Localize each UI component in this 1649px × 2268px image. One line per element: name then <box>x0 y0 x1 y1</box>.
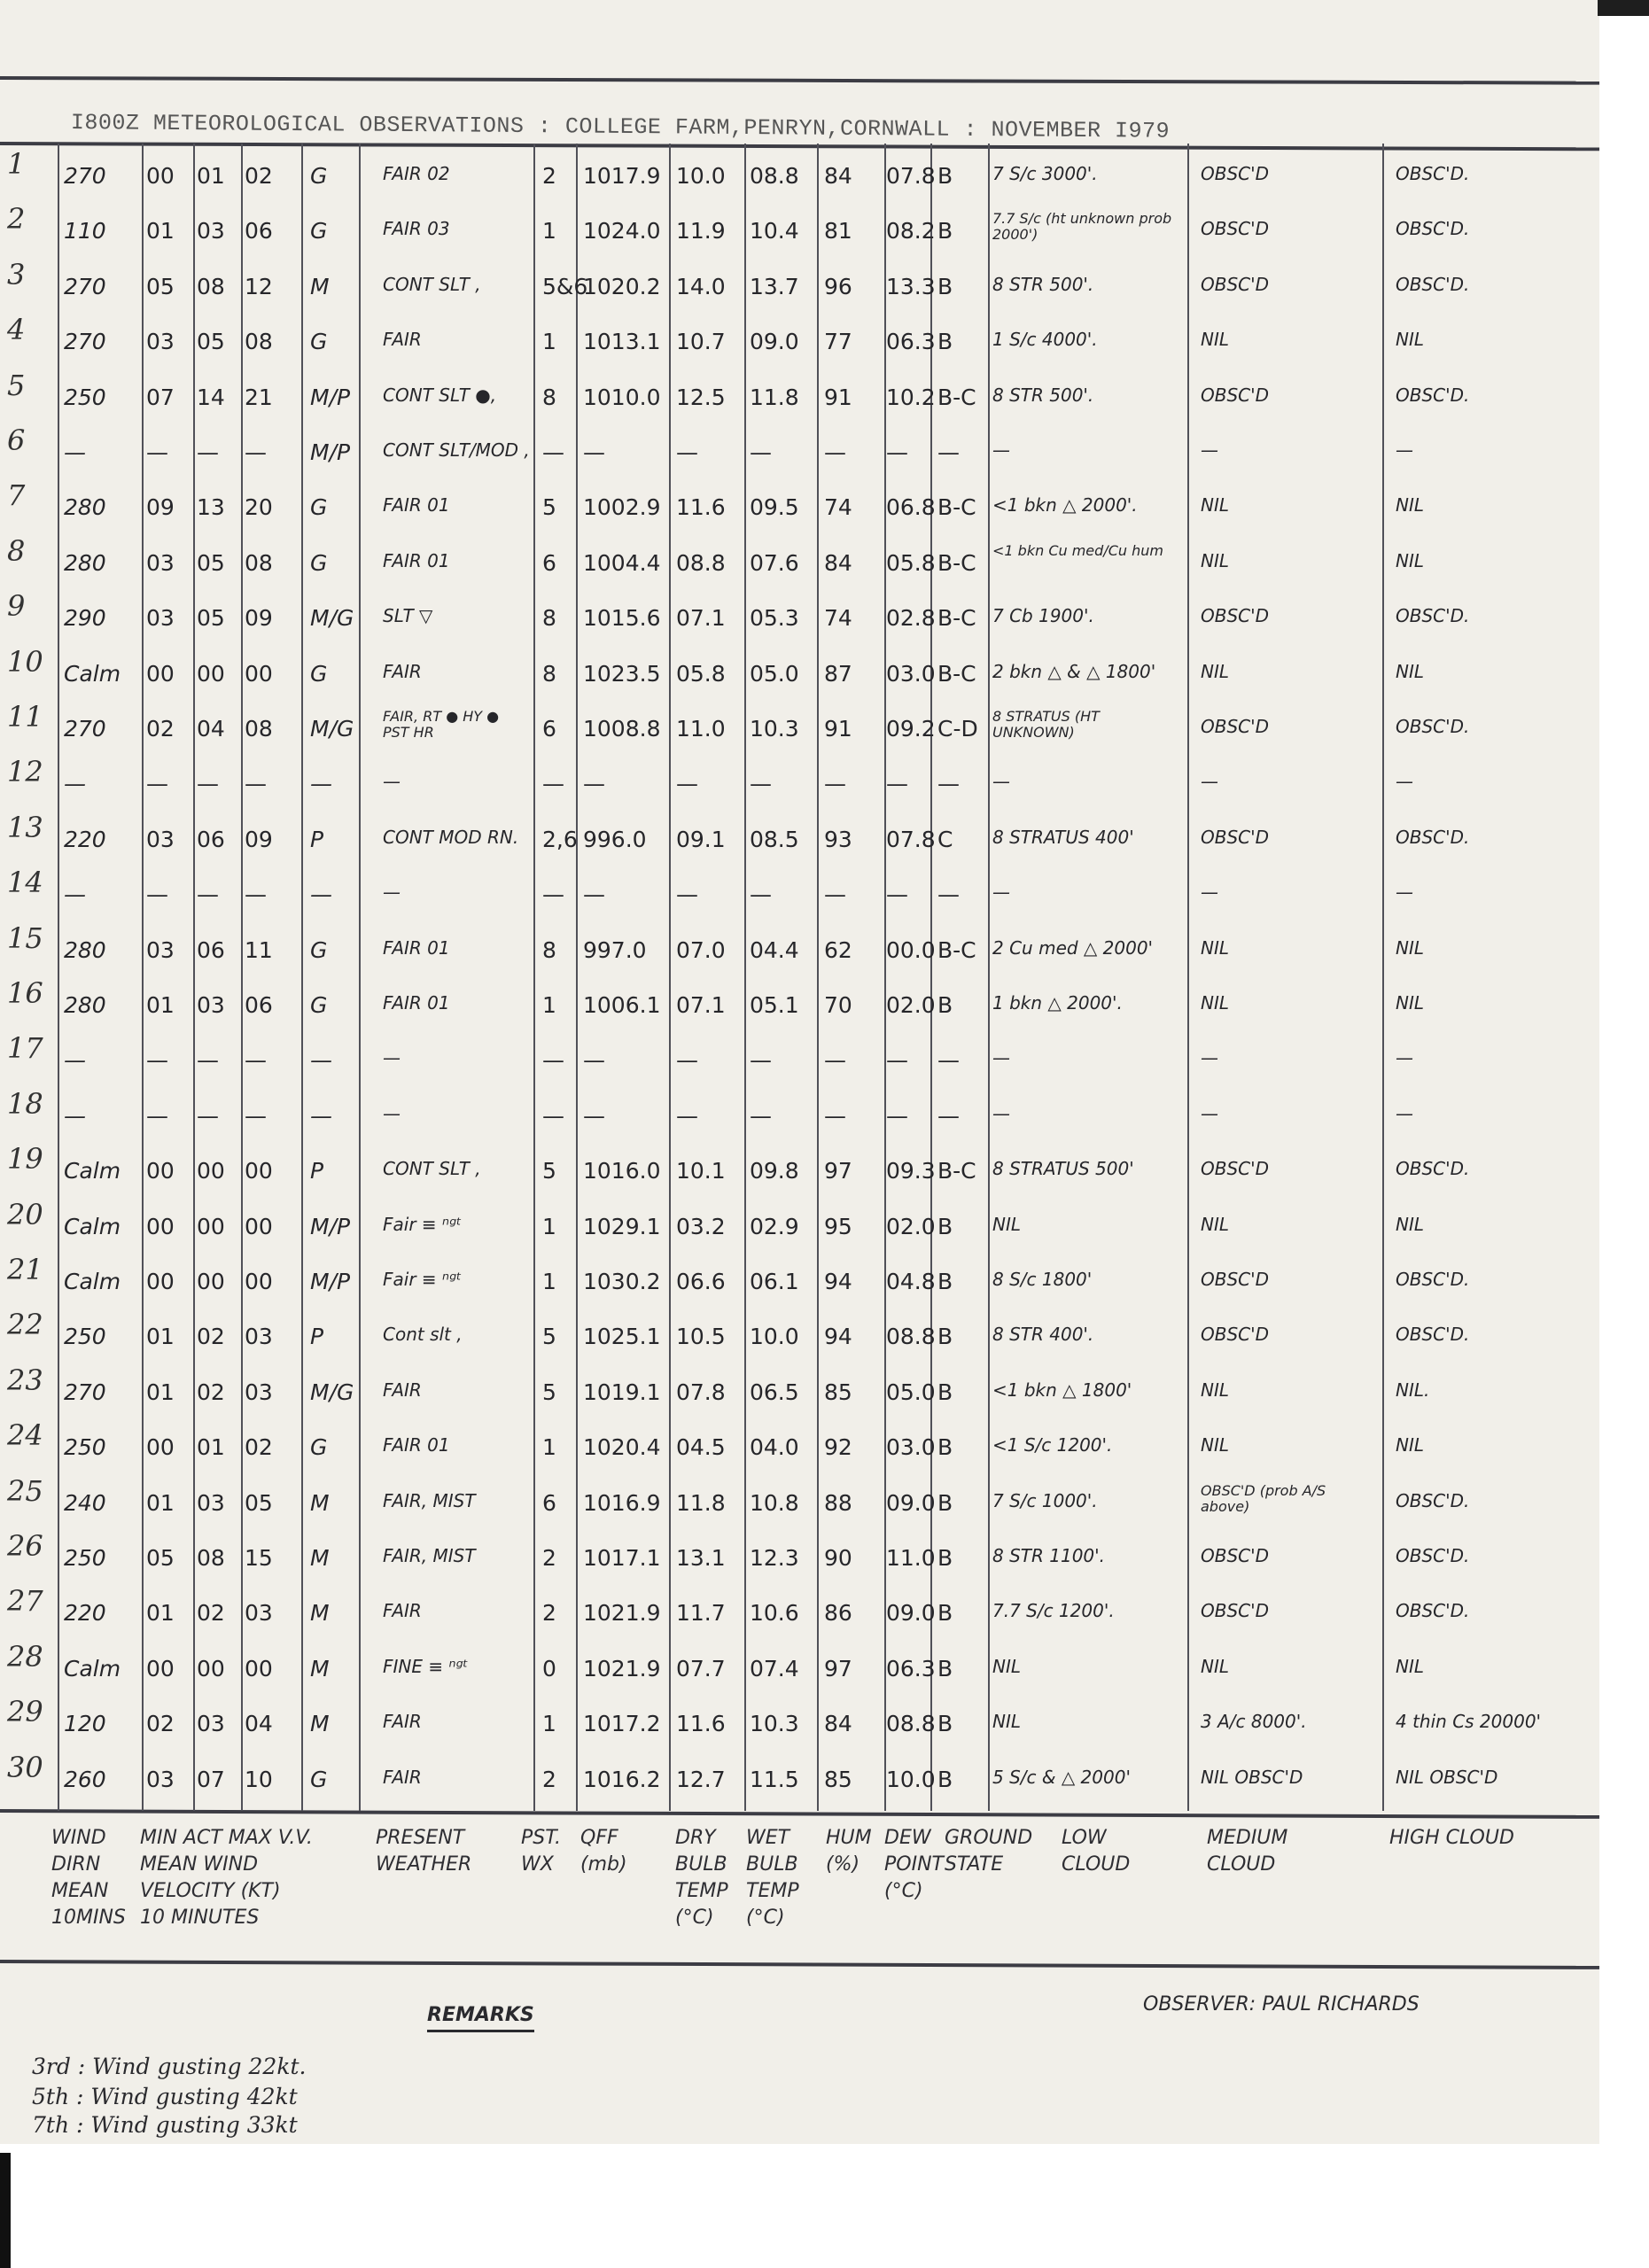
cell-pst-wx: 8 <box>542 605 556 631</box>
cell-wet: 06.1 <box>750 1269 799 1294</box>
cell-ground: B <box>937 329 953 354</box>
cell-wind-dir: 270 <box>64 163 106 189</box>
cell-qff: 997.0 <box>583 937 647 963</box>
cell-wet: — <box>750 882 772 907</box>
cell-wind-dir: 270 <box>64 274 106 299</box>
cell-ground: — <box>937 439 960 465</box>
remark-line: 5th : Wind gusting 42kt <box>32 2084 298 2109</box>
cell-low: 7.7 S/c 1200'. <box>992 1600 1115 1621</box>
cell-weather: — <box>383 1103 401 1124</box>
cell-low: — <box>992 1103 1010 1124</box>
legend-medium-cloud: MEDIUM CLOUD <box>1207 1825 1287 1878</box>
cell-max: 20 <box>245 494 273 520</box>
cell-mean: 06 <box>197 827 225 852</box>
cell-hum: 94 <box>824 1324 852 1349</box>
cell-mean: 03 <box>197 1711 225 1736</box>
cell-weather: CONT SLT ●, <box>383 384 496 406</box>
legend-wind-velocity: MIN ACT MAX V.V. MEAN WIND VELOCITY (KT)… <box>140 1825 313 1931</box>
cell-wind-dir: Calm <box>64 1656 121 1682</box>
cell-vv: G <box>310 992 327 1018</box>
cell-qff: 1023.5 <box>583 661 660 687</box>
cell-ground: B <box>937 1434 953 1460</box>
cell-min: 03 <box>146 605 175 631</box>
day-number: 4 <box>7 313 43 346</box>
cell-medium: NIL <box>1201 1379 1229 1401</box>
cell-high: OBSC'D. <box>1396 163 1469 184</box>
cell-dry: 10.0 <box>676 163 726 189</box>
cell-dry: 09.1 <box>676 827 726 852</box>
cell-min: 00 <box>146 1269 175 1294</box>
cell-hum: 85 <box>824 1379 852 1405</box>
cell-low: 8 S/c 1800' <box>992 1269 1092 1290</box>
cell-pst-wx: — <box>542 1047 564 1073</box>
cell-min: 03 <box>146 329 175 354</box>
cell-hum: 91 <box>824 716 852 742</box>
cell-mean: 03 <box>197 1490 225 1516</box>
cell-high: — <box>1396 882 1413 903</box>
cell-weather: FAIR <box>383 1711 422 1732</box>
cell-min: 03 <box>146 1767 175 1792</box>
cell-high: OBSC'D. <box>1396 274 1469 295</box>
cell-weather: FAIR, MIST <box>383 1545 476 1566</box>
cell-mean: 01 <box>197 163 225 189</box>
cell-max: 03 <box>245 1379 273 1405</box>
cell-qff: 1016.2 <box>583 1767 660 1792</box>
cell-dew: 02.0 <box>886 992 936 1018</box>
column-divider <box>817 144 819 1811</box>
cell-mean: 00 <box>197 1656 225 1682</box>
legend-wind-direction: WIND DIRN MEAN 10MINS <box>51 1825 126 1931</box>
cell-pst-wx: 8 <box>542 661 556 687</box>
cell-wind-dir: Calm <box>64 1158 121 1184</box>
scan-corner <box>1598 0 1649 16</box>
cell-low: 7 S/c 3000'. <box>992 163 1098 184</box>
cell-max: 21 <box>245 384 273 410</box>
cell-high: — <box>1396 771 1413 792</box>
cell-ground: B-C <box>937 937 976 963</box>
cell-dew: 06.3 <box>886 329 936 354</box>
cell-mean: 02 <box>197 1600 225 1626</box>
cell-wet: 11.8 <box>750 384 799 410</box>
cell-high: NIL <box>1396 1656 1424 1677</box>
cell-wet: 05.0 <box>750 661 799 687</box>
column-divider <box>576 144 578 1811</box>
day-number: 1 <box>7 147 43 181</box>
cell-low: 8 STR 500'. <box>992 274 1093 295</box>
cell-qff: 1006.1 <box>583 992 660 1018</box>
cell-weather: FAIR 01 <box>383 937 450 959</box>
cell-hum: 88 <box>824 1490 852 1516</box>
column-divider <box>533 144 535 1811</box>
legend-low-cloud: LOW CLOUD <box>1062 1825 1130 1878</box>
cell-ground: B <box>937 163 953 189</box>
legend-wet-bulb: WET BULB TEMP (°C) <box>746 1825 799 1931</box>
cell-hum: 92 <box>824 1434 852 1460</box>
cell-min: 01 <box>146 1600 175 1626</box>
cell-high: NIL <box>1396 329 1424 350</box>
cell-high: OBSC'D. <box>1396 605 1469 626</box>
cell-hum: 77 <box>824 329 852 354</box>
cell-high: OBSC'D. <box>1396 1545 1469 1566</box>
cell-hum: — <box>824 439 846 465</box>
cell-ground: — <box>937 882 960 907</box>
cell-low: 7 S/c 1000'. <box>992 1490 1098 1511</box>
cell-low: 1 bkn △ 2000'. <box>992 992 1123 1014</box>
day-number: 5 <box>7 369 43 402</box>
cell-vv: G <box>310 163 327 189</box>
cell-max: 02 <box>245 163 273 189</box>
legend-qff: QFF (mb) <box>580 1825 627 1878</box>
cell-wind-dir: 220 <box>64 827 106 852</box>
cell-wet: 06.5 <box>750 1379 799 1405</box>
cell-min: 01 <box>146 992 175 1018</box>
cell-low: NIL <box>992 1214 1021 1235</box>
cell-wet: 05.3 <box>750 605 799 631</box>
cell-max: — <box>245 882 267 907</box>
cell-dew: 10.0 <box>886 1767 936 1792</box>
cell-dew: — <box>886 771 908 796</box>
cell-dry: 10.5 <box>676 1324 726 1349</box>
cell-dry: — <box>676 882 698 907</box>
cell-dew: 05.0 <box>886 1379 936 1405</box>
cell-dry: 04.5 <box>676 1434 726 1460</box>
cell-high: NIL <box>1396 494 1424 516</box>
cell-ground: B-C <box>937 661 976 687</box>
cell-max: 09 <box>245 605 273 631</box>
cell-weather: Fair ≡ ⁿᵍᵗ <box>383 1214 462 1235</box>
cell-max: 09 <box>245 827 273 852</box>
cell-high: OBSC'D. <box>1396 1600 1469 1621</box>
cell-wet: 05.1 <box>750 992 799 1018</box>
day-number: 21 <box>7 1253 43 1286</box>
cell-dry: — <box>676 439 698 465</box>
cell-ground: B-C <box>937 494 976 520</box>
cell-medium: — <box>1201 882 1218 903</box>
cell-hum: 84 <box>824 550 852 576</box>
cell-low: <1 bkn △ 1800' <box>992 1379 1132 1401</box>
cell-high: OBSC'D. <box>1396 1324 1469 1345</box>
cell-ground: — <box>937 771 960 796</box>
cell-wind-dir: — <box>64 439 86 465</box>
cell-medium: NIL <box>1201 937 1229 959</box>
cell-medium: OBSC'D <box>1201 163 1269 184</box>
cell-pst-wx: 2 <box>542 1767 556 1792</box>
cell-vv: G <box>310 329 327 354</box>
cell-max: — <box>245 439 267 465</box>
cell-min: 00 <box>146 1214 175 1239</box>
cell-mean: 05 <box>197 605 225 631</box>
cell-min: 02 <box>146 716 175 742</box>
cell-dry: 13.1 <box>676 1545 726 1571</box>
cell-wet: — <box>750 439 772 465</box>
cell-vv: G <box>310 494 327 520</box>
cell-mean: 02 <box>197 1379 225 1405</box>
scan-edge <box>0 2153 11 2268</box>
cell-medium: — <box>1201 1103 1218 1124</box>
cell-pst-wx: 5&6 <box>542 274 587 299</box>
cell-ground: B <box>937 1711 953 1736</box>
cell-wind-dir: 120 <box>64 1711 106 1736</box>
cell-wind-dir: 220 <box>64 1600 106 1626</box>
cell-pst-wx: 2,6 <box>542 827 578 852</box>
cell-wind-dir: 280 <box>64 937 106 963</box>
column-divider <box>142 144 144 1811</box>
cell-ground: B <box>937 1656 953 1682</box>
cell-wet: 10.3 <box>750 716 799 742</box>
cell-dew: 13.3 <box>886 274 936 299</box>
day-number: 3 <box>7 258 43 291</box>
cell-dew: 00.0 <box>886 937 936 963</box>
cell-vv: M/P <box>310 439 350 465</box>
cell-ground: B <box>937 274 953 299</box>
remarks-heading: REMARKS <box>427 2004 534 2032</box>
cell-max: 06 <box>245 218 273 244</box>
cell-qff: 1017.9 <box>583 163 660 189</box>
cell-medium: NIL <box>1201 329 1229 350</box>
cell-max: 06 <box>245 992 273 1018</box>
cell-vv: G <box>310 218 327 244</box>
cell-dry: 07.0 <box>676 937 726 963</box>
cell-dew: 10.2 <box>886 384 936 410</box>
cell-hum: 84 <box>824 1711 852 1736</box>
cell-medium: OBSC'D <box>1201 1545 1269 1566</box>
cell-qff: 1013.1 <box>583 329 660 354</box>
cell-weather: CONT MOD RN. <box>383 827 518 848</box>
cell-hum: 74 <box>824 605 852 631</box>
cell-medium: NIL <box>1201 661 1229 682</box>
cell-wind-dir: 280 <box>64 494 106 520</box>
cell-min: 05 <box>146 274 175 299</box>
cell-weather: FAIR <box>383 1600 422 1621</box>
cell-low: — <box>992 882 1010 903</box>
cell-max: 00 <box>245 661 273 687</box>
cell-pst-wx: 5 <box>542 1379 556 1405</box>
cell-vv: — <box>310 771 332 796</box>
cell-dew: — <box>886 1047 908 1073</box>
cell-dew: 03.0 <box>886 661 936 687</box>
cell-hum: 93 <box>824 827 852 852</box>
cell-medium: NIL <box>1201 1656 1229 1677</box>
cell-vv: — <box>310 1103 332 1129</box>
cell-vv: M <box>310 1490 330 1516</box>
cell-pst-wx: 1 <box>542 1269 556 1294</box>
cell-wet: 11.5 <box>750 1767 799 1792</box>
cell-wind-dir: Calm <box>64 1269 121 1294</box>
day-number: 27 <box>7 1584 43 1618</box>
cell-low: — <box>992 771 1010 792</box>
cell-min: 05 <box>146 1545 175 1571</box>
cell-pst-wx: 2 <box>542 1545 556 1571</box>
cell-dry: 06.6 <box>676 1269 726 1294</box>
cell-ground: B <box>937 1600 953 1626</box>
cell-pst-wx: 1 <box>542 329 556 354</box>
cell-dry: 10.1 <box>676 1158 726 1184</box>
cell-low: 8 STR 500'. <box>992 384 1093 406</box>
cell-wind-dir: Calm <box>64 661 121 687</box>
cell-vv: M/P <box>310 1269 350 1294</box>
cell-pst-wx: 1 <box>542 1434 556 1460</box>
cell-min: — <box>146 1047 168 1073</box>
cell-medium: — <box>1201 1047 1218 1068</box>
day-number: 25 <box>7 1474 43 1508</box>
cell-mean: — <box>197 1047 219 1073</box>
cell-dew: 09.2 <box>886 716 936 742</box>
cell-high: — <box>1396 1103 1413 1124</box>
cell-max: — <box>245 1103 267 1129</box>
cell-hum: 86 <box>824 1600 852 1626</box>
cell-weather: FAIR <box>383 329 422 350</box>
legend-past-weather: PST. WX <box>521 1825 561 1878</box>
day-number: 22 <box>7 1308 43 1341</box>
cell-medium: OBSC'D <box>1201 1324 1269 1345</box>
cell-ground: B-C <box>937 1158 976 1184</box>
cell-medium: OBSC'D <box>1201 218 1269 239</box>
cell-medium: — <box>1201 771 1218 792</box>
day-number: 7 <box>7 478 43 512</box>
cell-high: NIL <box>1396 937 1424 959</box>
cell-high: NIL <box>1396 1434 1424 1456</box>
cell-qff: 1017.2 <box>583 1711 660 1736</box>
cell-low: 8 STRATUS 400' <box>992 827 1134 848</box>
remark-line: 7th : Wind gusting 33kt <box>32 2112 298 2138</box>
cell-dew: 09.3 <box>886 1158 936 1184</box>
cell-dry: 11.6 <box>676 494 726 520</box>
cell-hum: 97 <box>824 1158 852 1184</box>
cell-qff: 1002.9 <box>583 494 660 520</box>
cell-weather: FAIR <box>383 661 422 682</box>
cell-qff: 1020.2 <box>583 274 660 299</box>
cell-qff: 1030.2 <box>583 1269 660 1294</box>
cell-vv: M <box>310 1711 330 1736</box>
cell-low: 7 Cb 1900'. <box>992 605 1094 626</box>
cell-weather: FAIR <box>383 1767 422 1788</box>
cell-dry: 08.8 <box>676 550 726 576</box>
cell-wet: 09.8 <box>750 1158 799 1184</box>
cell-mean: 13 <box>197 494 225 520</box>
cell-max: 05 <box>245 1490 273 1516</box>
cell-wet: 10.6 <box>750 1600 799 1626</box>
cell-vv: G <box>310 937 327 963</box>
cell-dew: 02.0 <box>886 1214 936 1239</box>
cell-wet: 09.0 <box>750 329 799 354</box>
cell-wet: 10.8 <box>750 1490 799 1516</box>
cell-pst-wx: 0 <box>542 1656 556 1682</box>
cell-min: 01 <box>146 1324 175 1349</box>
cell-pst-wx: — <box>542 1103 564 1129</box>
cell-wet: 07.6 <box>750 550 799 576</box>
cell-mean: — <box>197 439 219 465</box>
cell-medium: OBSC'D <box>1201 274 1269 295</box>
cell-wind-dir: — <box>64 1103 86 1129</box>
cell-wet: 07.4 <box>750 1656 799 1682</box>
cell-pst-wx: 1 <box>542 992 556 1018</box>
cell-max: 08 <box>245 550 273 576</box>
cell-pst-wx: 1 <box>542 1214 556 1239</box>
cell-mean: 03 <box>197 992 225 1018</box>
cell-hum: 96 <box>824 274 852 299</box>
cell-high: NIL. <box>1396 1379 1429 1401</box>
cell-mean: 00 <box>197 1269 225 1294</box>
cell-low: <1 bkn Cu med/Cu hum <box>992 543 1183 559</box>
cell-mean: — <box>197 771 219 796</box>
cell-dew: 11.0 <box>886 1545 936 1571</box>
cell-weather: FAIR <box>383 1379 422 1401</box>
blank-margin <box>0 2144 1599 2268</box>
day-number: 12 <box>7 755 43 788</box>
cell-low: 5 S/c & △ 2000' <box>992 1767 1131 1788</box>
cell-wind-dir: 270 <box>64 716 106 742</box>
cell-qff: 1008.8 <box>583 716 660 742</box>
cell-min: 00 <box>146 1158 175 1184</box>
legend-ground-state: GROUND STATE <box>945 1825 1032 1878</box>
cell-qff: 1004.4 <box>583 550 660 576</box>
cell-qff: — <box>583 1047 605 1073</box>
cell-dry: 11.9 <box>676 218 726 244</box>
cell-dew: 09.0 <box>886 1600 936 1626</box>
cell-qff: 1015.6 <box>583 605 660 631</box>
cell-max: 00 <box>245 1656 273 1682</box>
cell-medium: OBSC'D <box>1201 605 1269 626</box>
cell-hum: 85 <box>824 1767 852 1792</box>
cell-pst-wx: — <box>542 882 564 907</box>
cell-max: 12 <box>245 274 273 299</box>
cell-medium: NIL OBSC'D <box>1201 1767 1303 1788</box>
cell-dry: 07.8 <box>676 1379 726 1405</box>
cell-dew: 06.8 <box>886 494 936 520</box>
day-number: 17 <box>7 1031 43 1065</box>
cell-hum: 74 <box>824 494 852 520</box>
cell-low: 2 Cu med △ 2000' <box>992 937 1153 959</box>
cell-low: <1 bkn △ 2000'. <box>992 494 1138 516</box>
cell-ground: B <box>937 1545 953 1571</box>
cell-wind-dir: — <box>64 771 86 796</box>
cell-high: OBSC'D. <box>1396 384 1469 406</box>
column-divider <box>988 144 990 1811</box>
cell-dry: — <box>676 1047 698 1073</box>
cell-vv: G <box>310 661 327 687</box>
cell-dry: 07.1 <box>676 992 726 1018</box>
cell-high: OBSC'D. <box>1396 1490 1469 1511</box>
cell-pst-wx: — <box>542 771 564 796</box>
cell-max: 10 <box>245 1767 273 1792</box>
cell-weather: CONT SLT/MOD , <box>383 439 530 461</box>
day-number: 29 <box>7 1695 43 1728</box>
cell-vv: M <box>310 1600 330 1626</box>
cell-mean: 00 <box>197 1158 225 1184</box>
cell-vv: P <box>310 827 323 852</box>
legend-high-cloud: HIGH CLOUD <box>1389 1825 1514 1852</box>
cell-ground: — <box>937 1103 960 1129</box>
cell-qff: 996.0 <box>583 827 647 852</box>
cell-min: 01 <box>146 218 175 244</box>
cell-medium: — <box>1201 439 1218 461</box>
cell-ground: B-C <box>937 550 976 576</box>
cell-mean: 01 <box>197 1434 225 1460</box>
cell-hum: — <box>824 882 846 907</box>
cell-weather: FAIR 01 <box>383 1434 450 1456</box>
cell-wind-dir: 270 <box>64 329 106 354</box>
cell-high: OBSC'D. <box>1396 716 1469 737</box>
cell-mean: 08 <box>197 1545 225 1571</box>
column-divider <box>1382 144 1384 1811</box>
cell-wind-dir: 250 <box>64 1545 106 1571</box>
cell-pst-wx: 1 <box>542 218 556 244</box>
cell-mean: 05 <box>197 550 225 576</box>
cell-dry: 03.2 <box>676 1214 726 1239</box>
cell-pst-wx: 6 <box>542 550 556 576</box>
cell-mean: 07 <box>197 1767 225 1792</box>
cell-ground: B <box>937 218 953 244</box>
